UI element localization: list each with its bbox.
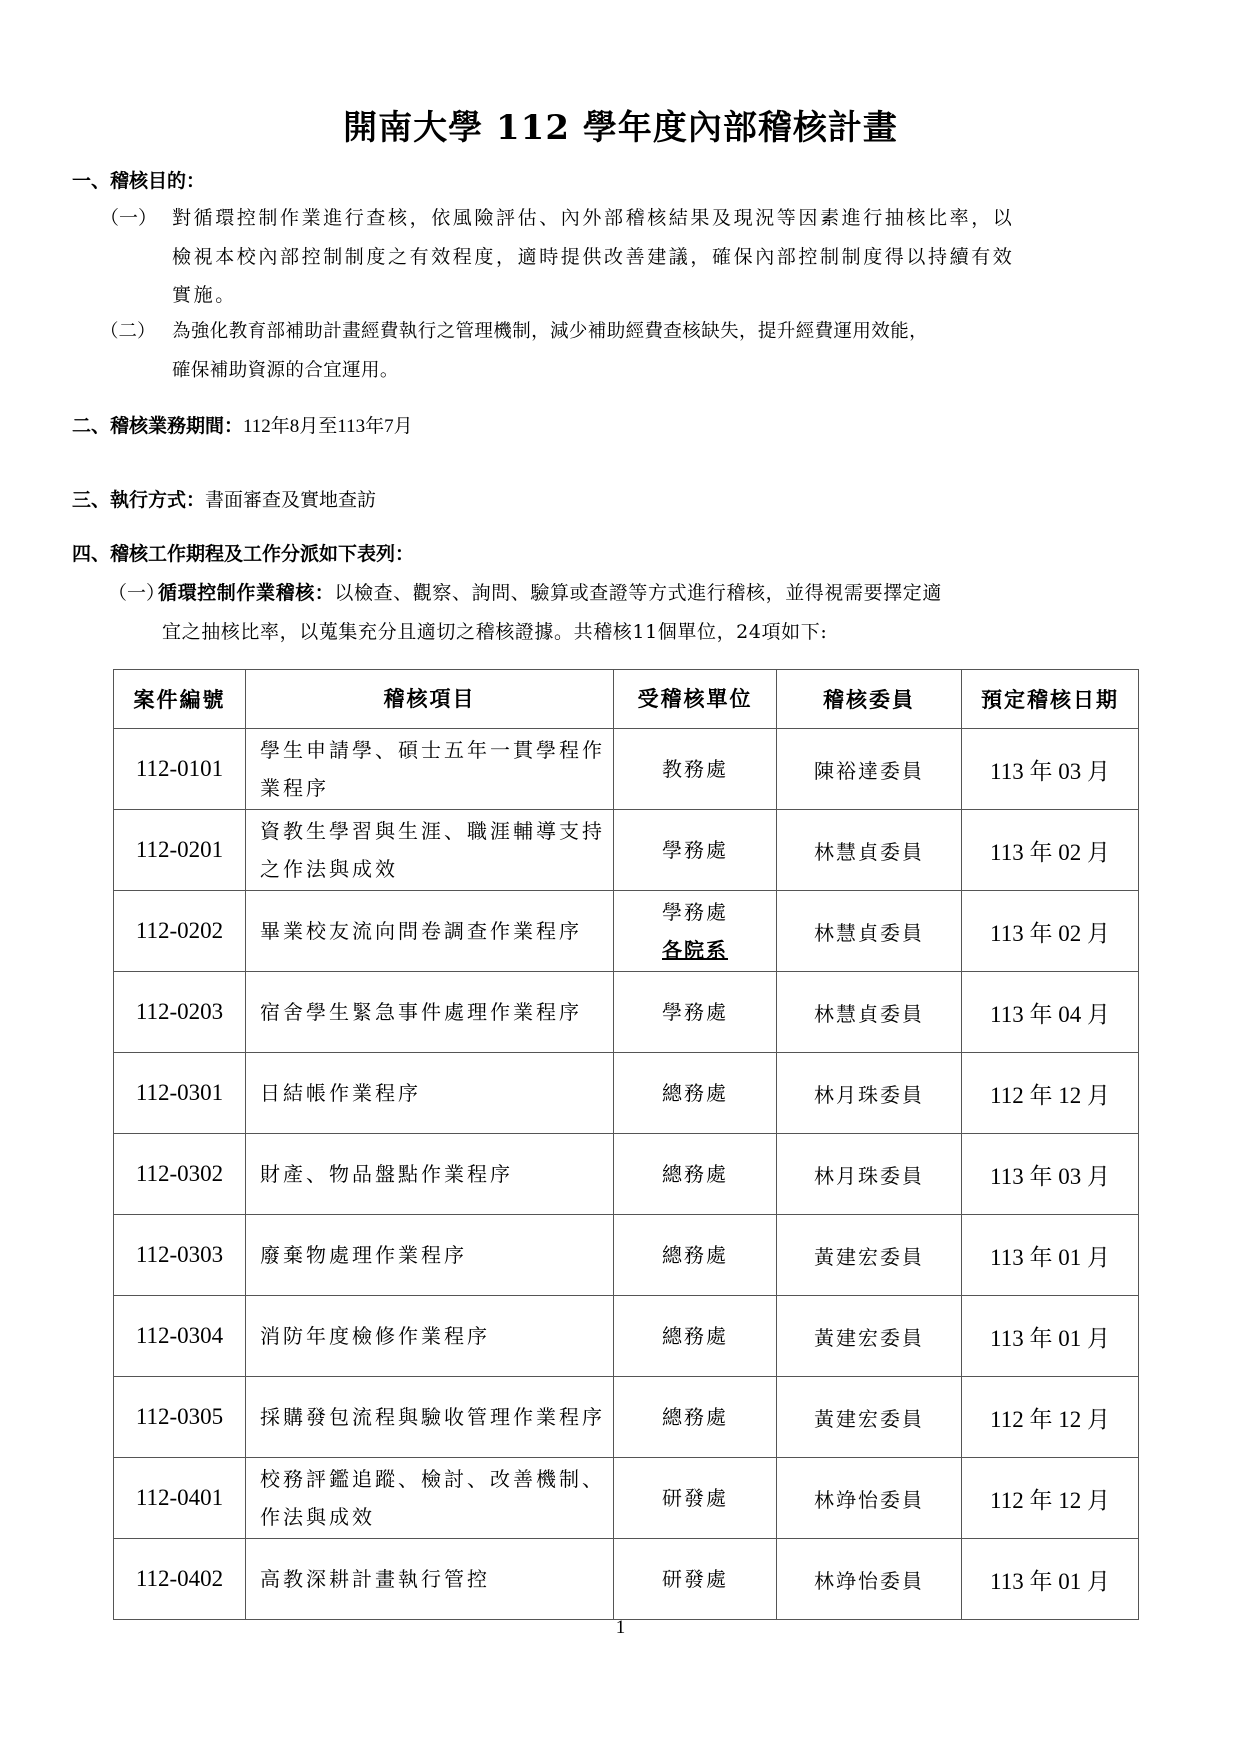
- auditor: 林月珠委員: [777, 1053, 962, 1134]
- paragraph-line: 對循環控制作業進行查核，依風險評估、內外部稽核結果及現況等因素進行抽核比率，以: [172, 199, 1172, 238]
- audited-unit-primary: 學務處: [614, 893, 776, 931]
- section-2: 二、稽核業務期間：112年8月至113年7月: [72, 407, 413, 446]
- audited-unit: 總務處: [614, 1053, 777, 1134]
- scheduled-date: 113 年 02 月: [962, 810, 1139, 891]
- auditor: 黃建宏委員: [777, 1215, 962, 1296]
- table-row: 112-0304 消防年度檢修作業程序 總務處 黃建宏委員 113 年 01 月: [114, 1296, 1139, 1377]
- scheduled-date: 112 年 12 月: [962, 1053, 1139, 1134]
- audited-unit: 總務處: [614, 1296, 777, 1377]
- header-audited-unit: 受稽核單位: [614, 670, 777, 729]
- section-4-item-1: （一） 循環控制作業稽核：以檢查、觀察、詢問、驗算或查證等方式進行稽核，並得視需…: [158, 574, 1168, 651]
- audited-unit: 學務處 各院系: [614, 891, 777, 972]
- scheduled-date: 113 年 04 月: [962, 972, 1139, 1053]
- case-number: 112-0303: [114, 1215, 246, 1296]
- scheduled-date: 113 年 02 月: [962, 891, 1139, 972]
- audited-unit: 總務處: [614, 1215, 777, 1296]
- section-1-item-1: （一） 對循環控制作業進行查核，依風險評估、內外部稽核結果及現況等因素進行抽核比…: [172, 199, 1172, 315]
- audit-item: 採購發包流程與驗收管理作業程序: [246, 1377, 614, 1458]
- section-1-item-2: （二） 為強化教育部補助計畫經費執行之管理機制，減少補助經費查核缺失，提升經費運…: [172, 313, 1172, 390]
- header-auditor: 稽核委員: [777, 670, 962, 729]
- table-header-row: 案件編號 稽核項目 受稽核單位 稽核委員 預定稽核日期: [114, 670, 1139, 729]
- scheduled-date: 113 年 01 月: [962, 1296, 1139, 1377]
- case-number: 112-0201: [114, 810, 246, 891]
- auditor: 黃建宏委員: [777, 1377, 962, 1458]
- auditor: 林竫怡委員: [777, 1539, 962, 1620]
- audited-unit: 學務處: [614, 810, 777, 891]
- case-number: 112-0305: [114, 1377, 246, 1458]
- paragraph-line: 檢視本校內部控制制度之有效程度，適時提供改善建議，確保內部控制制度得以持續有效: [172, 238, 1172, 277]
- audited-unit: 研發處: [614, 1458, 777, 1539]
- auditor: 林慧貞委員: [777, 972, 962, 1053]
- case-number: 112-0401: [114, 1458, 246, 1539]
- auditor: 陳裕達委員: [777, 729, 962, 810]
- scheduled-date: 113 年 01 月: [962, 1539, 1139, 1620]
- audit-item: 宿舍學生緊急事件處理作業程序: [246, 972, 614, 1053]
- header-audit-item: 稽核項目: [246, 670, 614, 729]
- audited-unit: 學務處: [614, 972, 777, 1053]
- audit-item: 校務評鑑追蹤、檢討、改善機制、作法與成效: [246, 1458, 614, 1539]
- paragraph-line: 循環控制作業稽核：以檢查、觀察、詢問、驗算或查證等方式進行稽核，並得視需要擇定適: [158, 574, 1168, 613]
- audit-item: 畢業校友流向問卷調查作業程序: [246, 891, 614, 972]
- audit-item: 學生申請學、碩士五年一貫學程作業程序: [246, 729, 614, 810]
- auditor: 林慧貞委員: [777, 810, 962, 891]
- audit-item: 財產、物品盤點作業程序: [246, 1134, 614, 1215]
- table-row: 112-0101 學生申請學、碩士五年一貫學程作業程序 教務處 陳裕達委員 11…: [114, 729, 1139, 810]
- section-1-heading: 一、稽核目的：: [72, 162, 205, 200]
- auditor: 林月珠委員: [777, 1134, 962, 1215]
- paragraph-line: 為強化教育部補助計畫經費執行之管理機制，減少補助經費查核缺失，提升經費運用效能，: [172, 313, 1172, 352]
- scheduled-date: 112 年 12 月: [962, 1377, 1139, 1458]
- page-number: 1: [0, 1617, 1241, 1639]
- paragraph-line: 實施。: [172, 276, 1172, 315]
- scheduled-date: 112 年 12 月: [962, 1458, 1139, 1539]
- audited-unit: 總務處: [614, 1377, 777, 1458]
- case-number: 112-0302: [114, 1134, 246, 1215]
- scheduled-date: 113 年 01 月: [962, 1215, 1139, 1296]
- table-row: 112-0303 廢棄物處理作業程序 總務處 黃建宏委員 113 年 01 月: [114, 1215, 1139, 1296]
- section-3-heading: 三、執行方式：: [72, 489, 205, 511]
- case-number: 112-0301: [114, 1053, 246, 1134]
- paragraph-line: 確保補助資源的合宜運用。: [172, 352, 1172, 391]
- header-case-number: 案件編號: [114, 670, 246, 729]
- table-row: 112-0203 宿舍學生緊急事件處理作業程序 學務處 林慧貞委員 113 年 …: [114, 972, 1139, 1053]
- audit-item: 資教生學習與生涯、職涯輔導支持之作法與成效: [246, 810, 614, 891]
- section-3: 三、執行方式：書面審查及實地查訪: [72, 481, 376, 519]
- audit-item: 消防年度檢修作業程序: [246, 1296, 614, 1377]
- audit-period-value: 112年8月至113年7月: [243, 416, 413, 437]
- table-row: 112-0401 校務評鑑追蹤、檢討、改善機制、作法與成效 研發處 林竫怡委員 …: [114, 1458, 1139, 1539]
- auditor: 林竫怡委員: [777, 1458, 962, 1539]
- audited-unit-secondary: 各院系: [614, 931, 776, 969]
- case-number: 112-0304: [114, 1296, 246, 1377]
- table-row: 112-0402 高教深耕計畫執行管控 研發處 林竫怡委員 113 年 01 月: [114, 1539, 1139, 1620]
- header-scheduled-date: 預定稽核日期: [962, 670, 1139, 729]
- audit-item: 廢棄物處理作業程序: [246, 1215, 614, 1296]
- auditor: 林慧貞委員: [777, 891, 962, 972]
- auditor: 黃建宏委員: [777, 1296, 962, 1377]
- table-row: 112-0201 資教生學習與生涯、職涯輔導支持之作法與成效 學務處 林慧貞委員…: [114, 810, 1139, 891]
- paragraph-line: 宜之抽核比率，以蒐集充分且適切之稽核證據。共稽核11個單位，24項如下:: [158, 613, 1168, 652]
- document-title: 開南大學 112 學年度內部稽核計畫: [0, 100, 1241, 149]
- audit-item: 日結帳作業程序: [246, 1053, 614, 1134]
- table-row: 112-0305 採購發包流程與驗收管理作業程序 總務處 黃建宏委員 112 年…: [114, 1377, 1139, 1458]
- audit-item: 高教深耕計畫執行管控: [246, 1539, 614, 1620]
- section-2-heading: 二、稽核業務期間：: [72, 415, 243, 437]
- table-row: 112-0301 日結帳作業程序 總務處 林月珠委員 112 年 12 月: [114, 1053, 1139, 1134]
- case-number: 112-0402: [114, 1539, 246, 1620]
- scheduled-date: 113 年 03 月: [962, 729, 1139, 810]
- audited-unit: 教務處: [614, 729, 777, 810]
- audited-unit: 總務處: [614, 1134, 777, 1215]
- case-number: 112-0203: [114, 972, 246, 1053]
- audited-unit: 研發處: [614, 1539, 777, 1620]
- table-row: 112-0202 畢業校友流向問卷調查作業程序 學務處 各院系 林慧貞委員 11…: [114, 891, 1139, 972]
- section-4-heading: 四、稽核工作期程及工作分派如下表列：: [72, 535, 414, 573]
- case-number: 112-0202: [114, 891, 246, 972]
- audit-schedule-table: 案件編號 稽核項目 受稽核單位 稽核委員 預定稽核日期 112-0101 學生申…: [113, 669, 1139, 1620]
- case-number: 112-0101: [114, 729, 246, 810]
- scheduled-date: 113 年 03 月: [962, 1134, 1139, 1215]
- table-row: 112-0302 財產、物品盤點作業程序 總務處 林月珠委員 113 年 03 …: [114, 1134, 1139, 1215]
- execution-method-value: 書面審查及實地查訪: [205, 489, 376, 511]
